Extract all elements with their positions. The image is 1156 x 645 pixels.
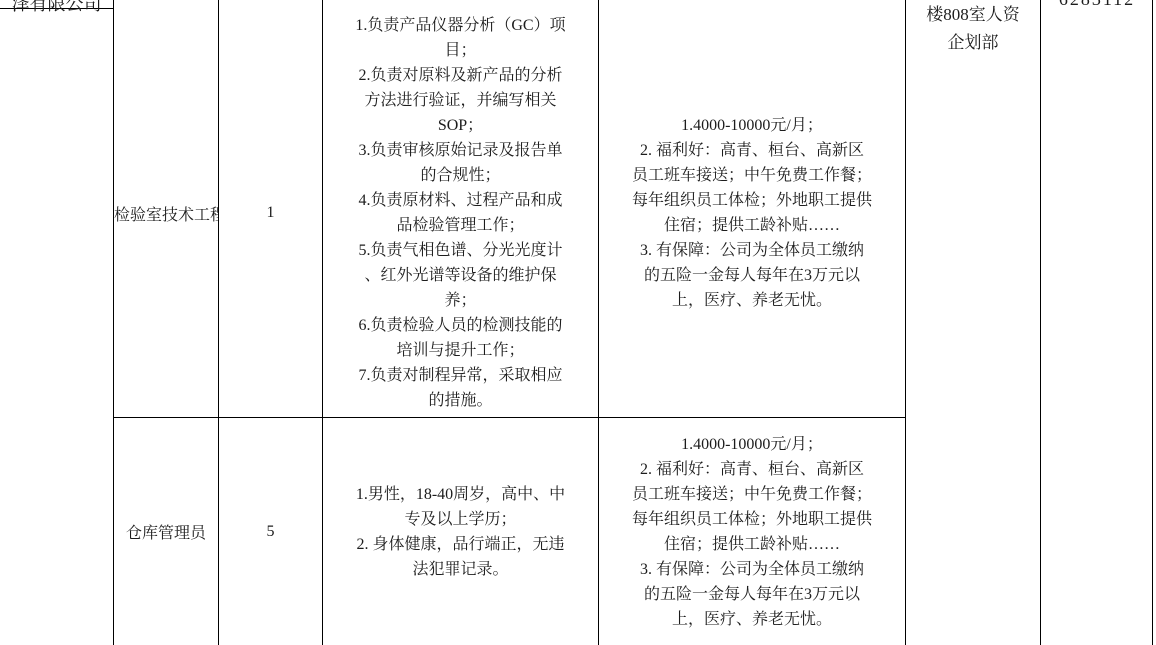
duties-row2-text: 1.男性，18-40周岁，高中、中 专及以上学历； 2. 身体健康，品行端正，无… (356, 482, 565, 582)
cell-address-department: 楼808室人资 企划部 (906, 0, 1040, 57)
benefits-row2-text: 1.4000-10000元/月； 2. 福利好：高青、桓台、高新区 员工班车接送… (632, 432, 872, 632)
company-name-fragment: 泽有限公司 (0, 0, 113, 16)
table-border-vertical-5 (905, 0, 906, 645)
table-border-vertical-7 (1152, 0, 1153, 645)
cell-benefits-row1: 1.4000-10000元/月； 2. 福利好：高青、桓台、高新区 员工班车接送… (599, 9, 905, 417)
cell-benefits-row2: 1.4000-10000元/月； 2. 福利好：高青、桓台、高新区 员工班车接送… (599, 418, 905, 645)
cell-headcount-row1: 1 (219, 9, 322, 417)
job-recruitment-table: 泽有限公司 6283112 楼808室人资 企划部 检验室技术工程师 1 1.负… (0, 0, 1156, 645)
headcount-row2-text: 5 (267, 523, 275, 541)
table-border-vertical-6 (1040, 0, 1041, 645)
job-title-row2-text: 仓库管理员 (114, 520, 218, 543)
benefits-row1-text: 1.4000-10000元/月； 2. 福利好：高青、桓台、高新区 员工班车接送… (632, 113, 872, 313)
cell-job-title-row2: 仓库管理员 (114, 418, 218, 645)
duties-row1-text: 1.负责产品仪器分析（GC）项 目； 2.负责对原料及新产品的分析 方法进行验证… (355, 13, 565, 413)
headcount-row1-text: 1 (267, 204, 275, 222)
cell-duties-row1: 1.负责产品仪器分析（GC）项 目； 2.负责对原料及新产品的分析 方法进行验证… (323, 9, 598, 417)
job-title-row1-text: 检验室技术工程师 (114, 202, 218, 225)
cell-duties-row2: 1.男性，18-40周岁，高中、中 专及以上学历； 2. 身体健康，品行端正，无… (323, 418, 598, 645)
cell-job-title-row1: 检验室技术工程师 (114, 9, 218, 417)
phone-number-fragment: 6283112 (1041, 0, 1153, 10)
cell-headcount-row2: 5 (219, 418, 322, 645)
